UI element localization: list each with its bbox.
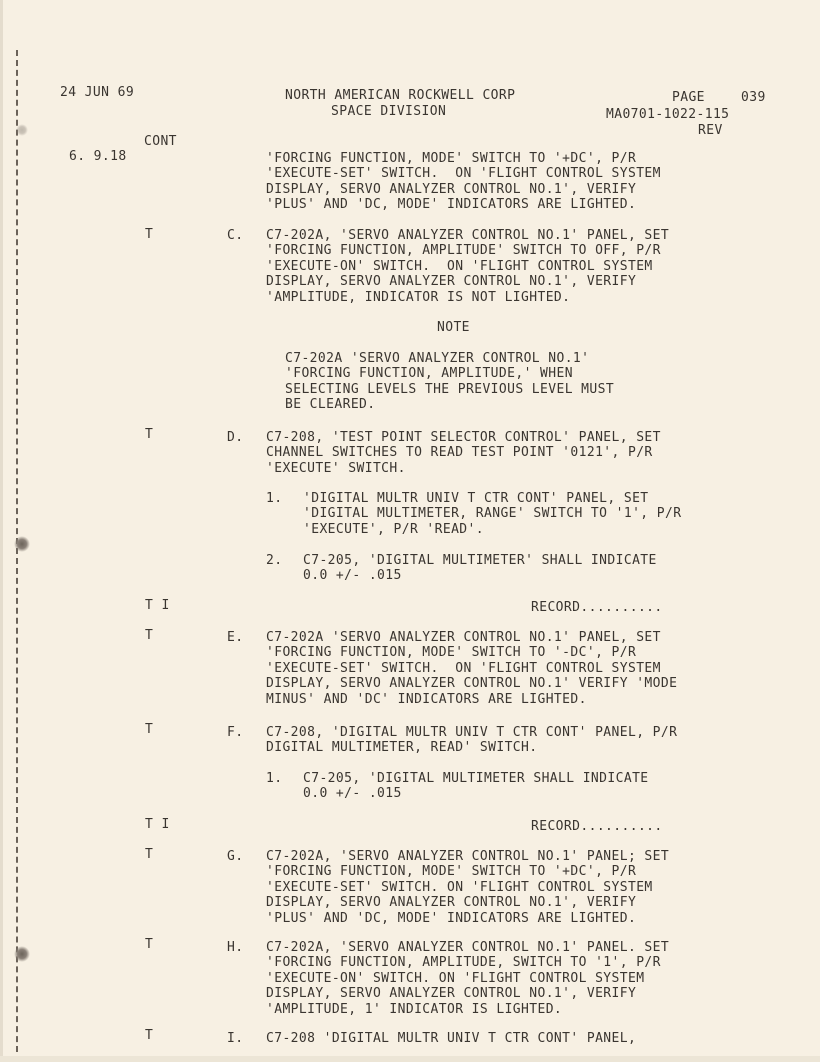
step-text: C7-208, 'TEST POINT SELECTOR CONTROL' PA… <box>266 430 661 476</box>
binding-perforation-line <box>16 50 18 1062</box>
step-code: T <box>145 227 153 242</box>
substep-text: C7-205, 'DIGITAL MULTIMETER' SHALL INDIC… <box>303 553 657 584</box>
step-letter: H. <box>227 940 243 955</box>
step-letter: I. <box>227 1031 243 1046</box>
header-doc-number: MA0701-1022-115 <box>606 107 729 122</box>
substep-text: C7-205, 'DIGITAL MULTIMETER SHALL INDICA… <box>303 771 649 802</box>
step-code: T <box>145 427 153 442</box>
record-label: RECORD.......... <box>531 819 663 834</box>
page-edge <box>0 0 3 1062</box>
header-division: SPACE DIVISION <box>331 104 446 119</box>
step-code: T <box>145 722 153 737</box>
substep-text: 'DIGITAL MULTR UNIV T CTR CONT' PANEL, S… <box>303 491 681 537</box>
note-text: C7-202A 'SERVO ANALYZER CONTROL NO.1' 'F… <box>285 351 614 413</box>
page-bottom-edge <box>0 1056 820 1062</box>
substep-number: 1. <box>266 491 282 506</box>
substep-number: 2. <box>266 553 282 568</box>
step-text: C7-202A, 'SERVO ANALYZER CONTROL NO.1' P… <box>266 228 669 305</box>
record-code: T I <box>145 598 170 613</box>
step-letter: G. <box>227 849 243 864</box>
step-letter: D. <box>227 430 243 445</box>
step-text: C7-202A, 'SERVO ANALYZER CONTROL NO.1' P… <box>266 849 669 926</box>
punch-hole-mark <box>14 946 30 962</box>
header-company: NORTH AMERICAN ROCKWELL CORP <box>285 88 515 103</box>
header-date: 24 JUN 69 <box>60 85 134 100</box>
step-letter: F. <box>227 725 243 740</box>
punch-hole-mark <box>14 536 30 552</box>
record-label: RECORD.......... <box>531 600 663 615</box>
section-number: 6. 9.18 <box>69 149 127 164</box>
header-rev-label: REV <box>698 123 723 138</box>
document-page: 24 JUN 69 NORTH AMERICAN ROCKWELL CORP S… <box>0 0 820 1062</box>
step-code: T <box>145 847 153 862</box>
step-code: T <box>145 1028 153 1043</box>
header-page-label: PAGE <box>672 90 705 105</box>
step-text: C7-208, 'DIGITAL MULTR UNIV T CTR CONT' … <box>266 725 677 756</box>
continuation-text: 'FORCING FUNCTION, MODE' SWITCH TO '+DC'… <box>266 151 661 213</box>
step-text: C7-202A, 'SERVO ANALYZER CONTROL NO.1' P… <box>266 940 669 1017</box>
step-text: C7-208 'DIGITAL MULTR UNIV T CTR CONT' P… <box>266 1031 636 1046</box>
punch-hole-mark <box>16 124 28 136</box>
record-code: T I <box>145 817 170 832</box>
step-letter: C. <box>227 228 243 243</box>
step-code: T <box>145 937 153 952</box>
step-text: C7-202A 'SERVO ANALYZER CONTROL NO.1' PA… <box>266 630 677 707</box>
header-page-number: 039 <box>741 90 766 105</box>
note-title: NOTE <box>437 320 470 335</box>
step-code: T <box>145 628 153 643</box>
step-letter: E. <box>227 630 243 645</box>
substep-number: 1. <box>266 771 282 786</box>
section-cont-label: CONT <box>144 134 177 149</box>
